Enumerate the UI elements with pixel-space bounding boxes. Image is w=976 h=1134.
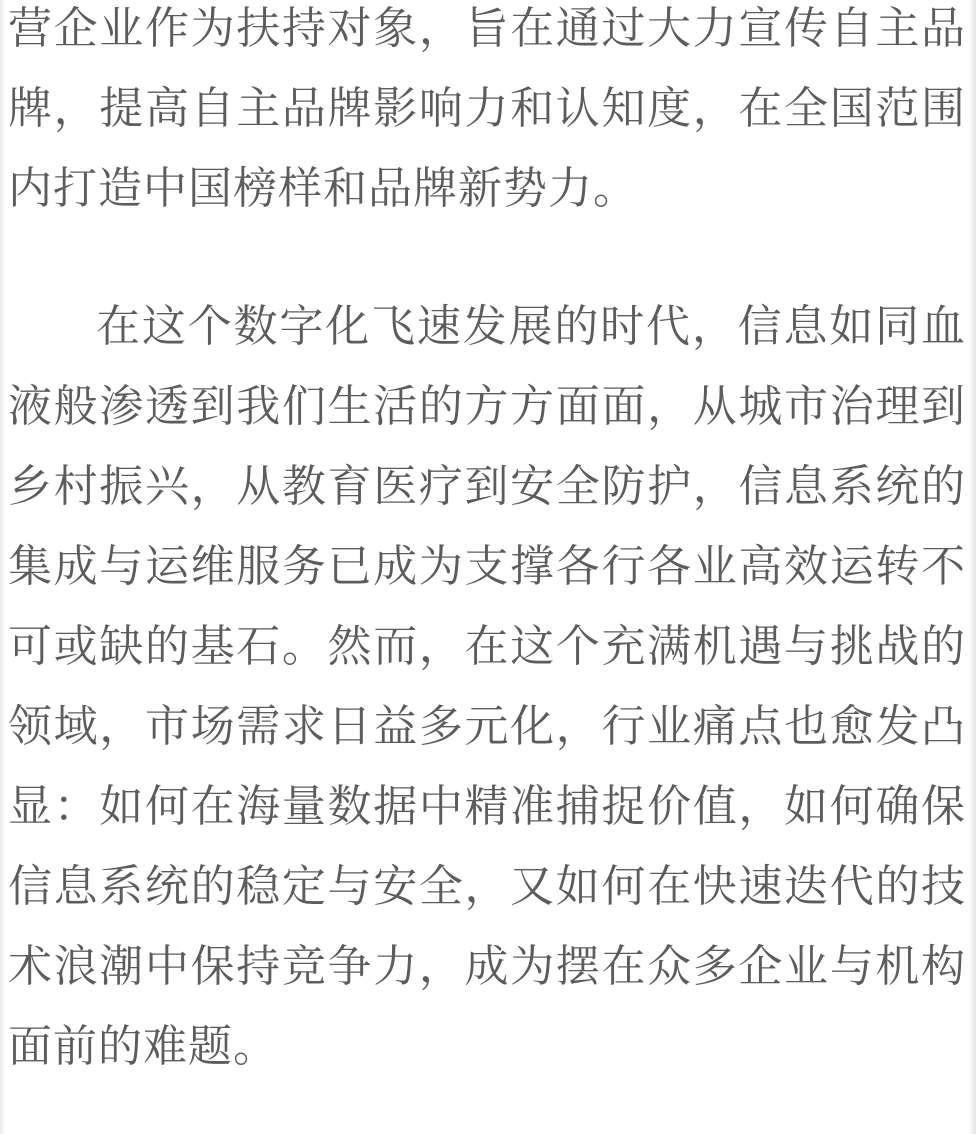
page-right-edge-shadow — [969, 0, 976, 1134]
article-page: 营企业作为扶持对象，旨在通过大力宣传自主品牌，提高自主品牌影响力和认知度，在全国… — [0, 0, 976, 1134]
paragraph: 在这个数字化飞速发展的时代，信息如同血液般渗透到我们生活的方方面面，从城市治理到… — [8, 287, 966, 1087]
paragraph-continuation: 营企业作为扶持对象，旨在通过大力宣传自主品牌，提高自主品牌影响力和认知度，在全国… — [8, 0, 966, 229]
article-body: 营企业作为扶持对象，旨在通过大力宣传自主品牌，提高自主品牌影响力和认知度，在全国… — [8, 0, 966, 1087]
page-left-edge-shadow — [0, 0, 5, 1134]
